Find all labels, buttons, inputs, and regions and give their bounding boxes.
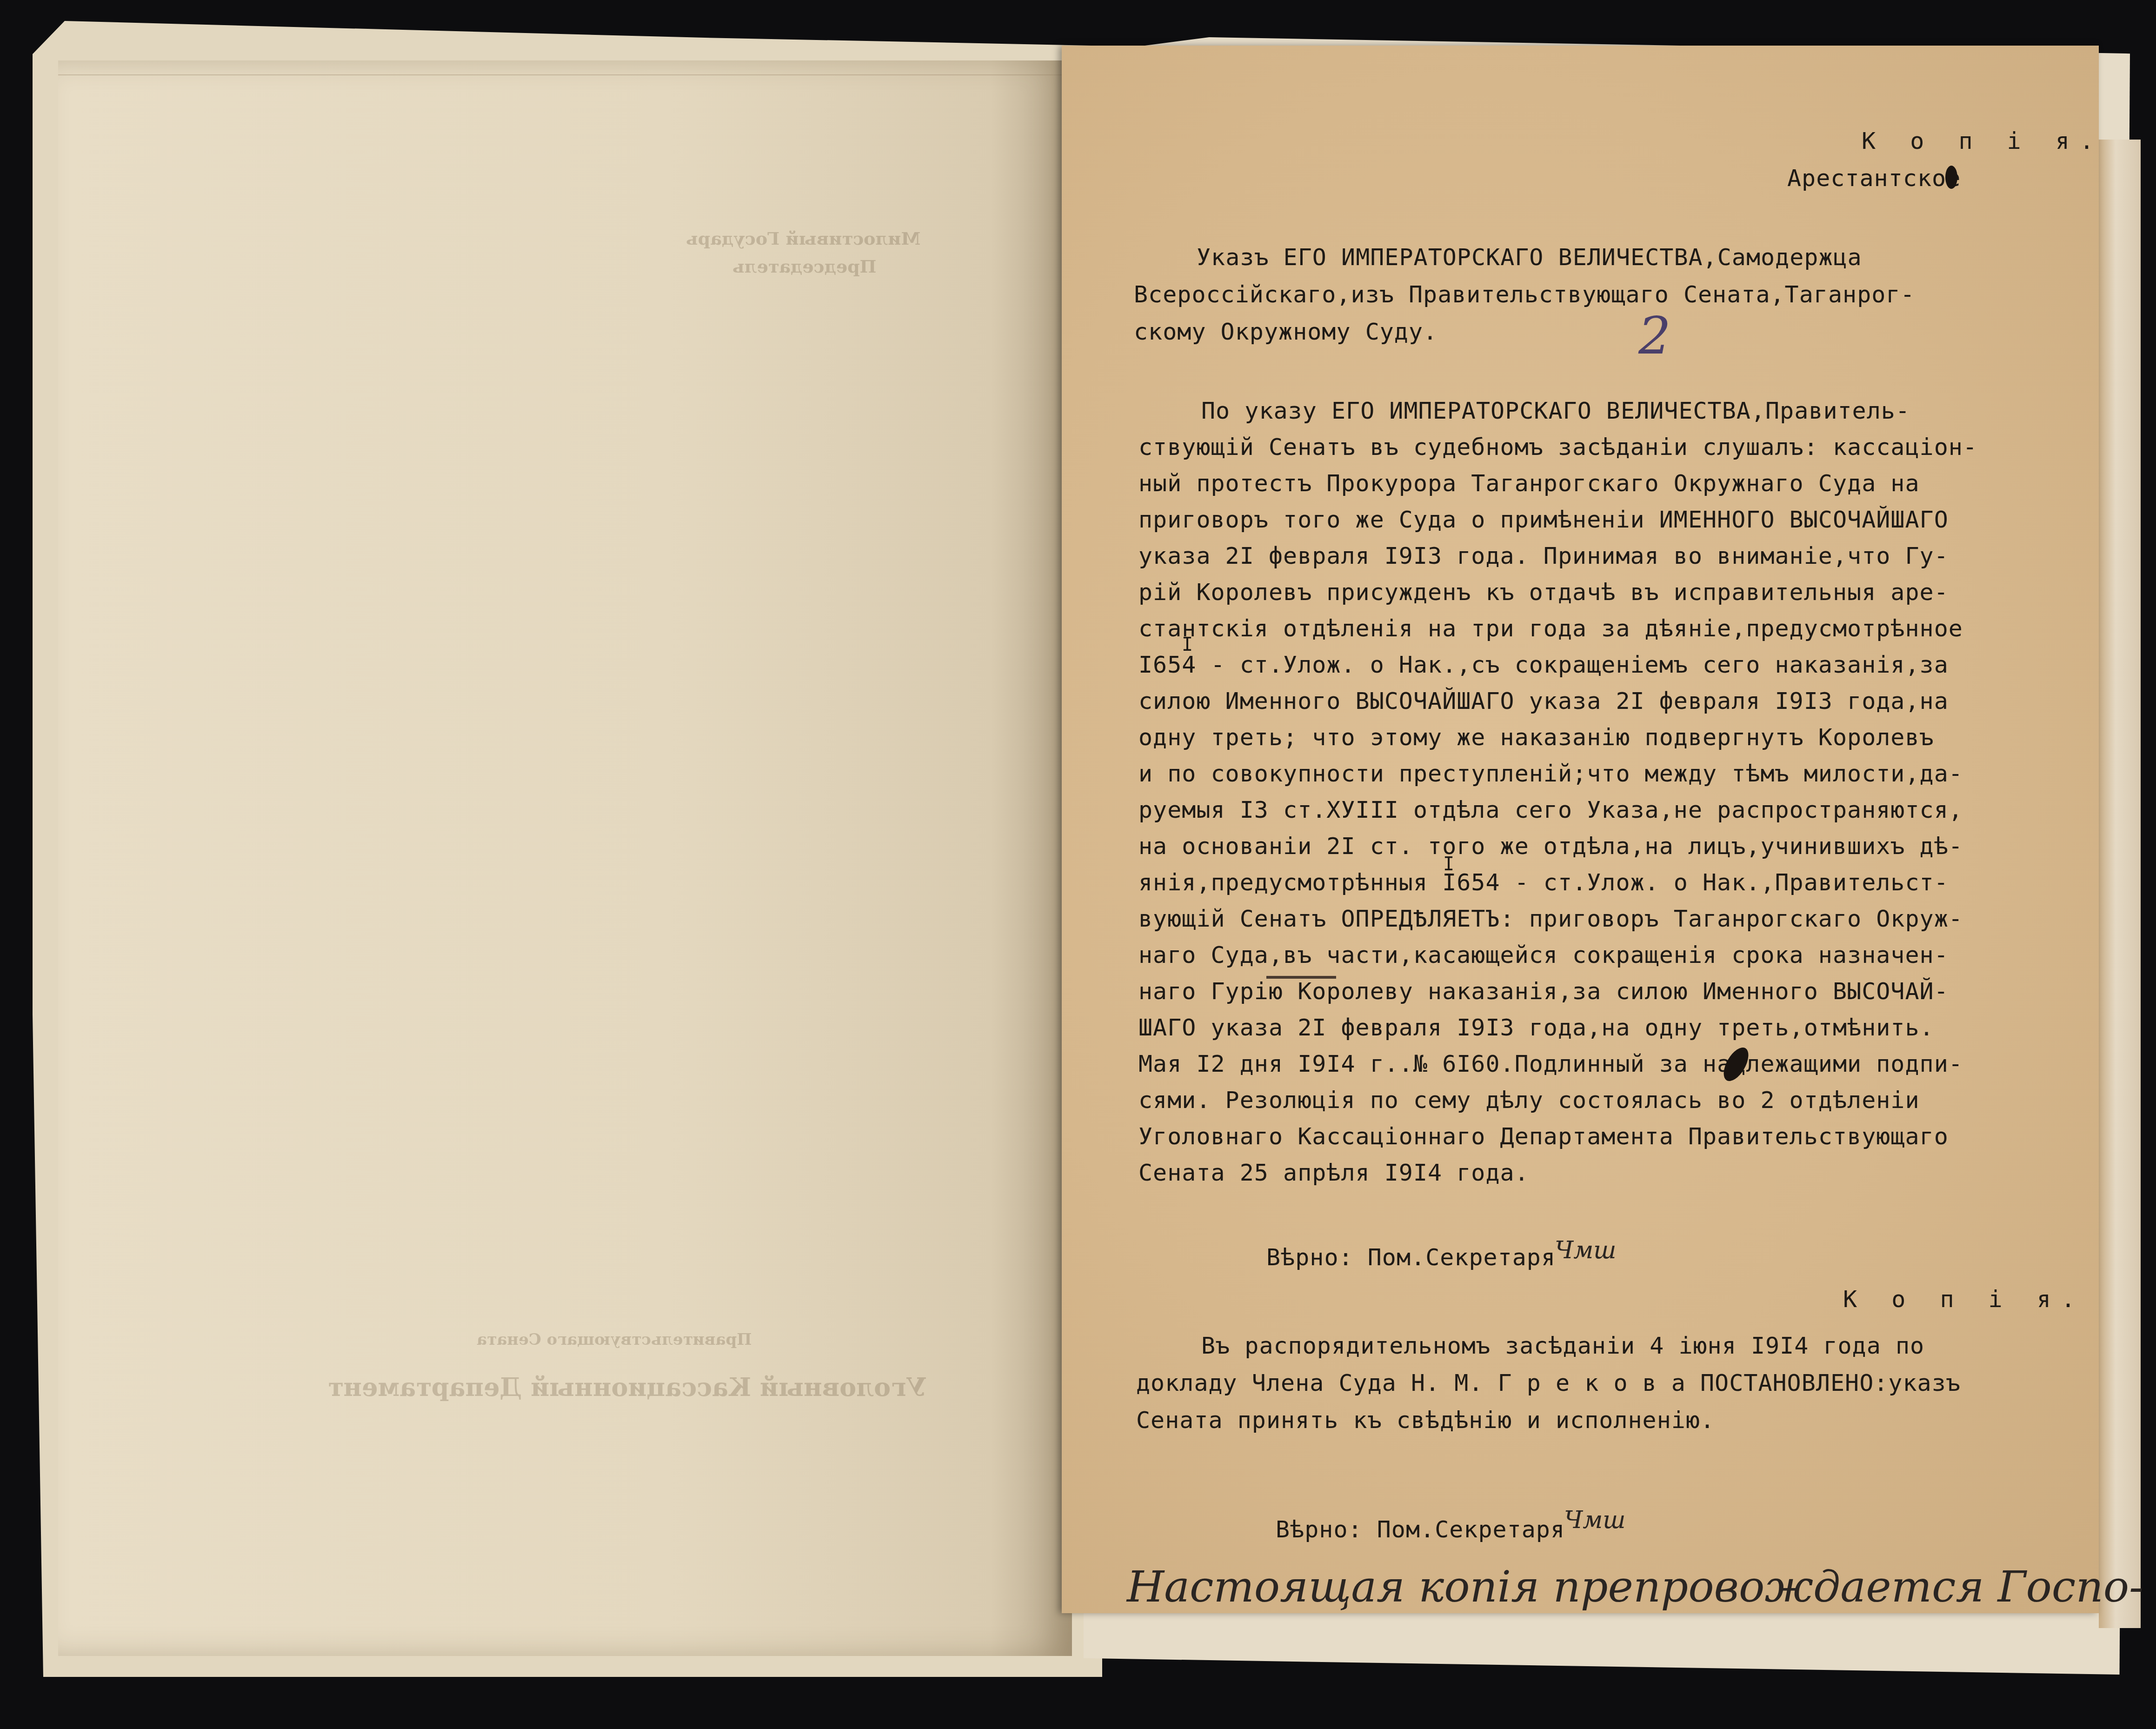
body-line: По указу ЕГО ИМПЕРАТОРСКАГО ВЕЛИЧЕСТВА,П… bbox=[1201, 399, 1910, 422]
body-line: Мая I2 дня I9I4 г..№ 6I60.Подлинный за н… bbox=[1138, 1052, 1963, 1075]
body-line: указа 2I февраля I9I3 года. Принимая во … bbox=[1138, 544, 1949, 567]
bleed-through-text: Милостивый Государь bbox=[686, 228, 921, 249]
attestation-2: Вѣрно: Пом.Секретаря bbox=[1276, 1518, 1565, 1541]
body-line: приговоръ того же Суда о примѣненіи ИМЕН… bbox=[1138, 508, 1949, 531]
body-line: ШАГО указа 2I февраля I9I3 года,на одну … bbox=[1138, 1016, 1934, 1039]
signature-2: Чмш bbox=[1564, 1506, 1626, 1534]
copy-label: К о п і я. bbox=[1862, 129, 2104, 153]
body-line: наго Гурію Королеву наказанія,за силою И… bbox=[1138, 980, 1949, 1003]
copy-label-2: К о п і я. bbox=[1843, 1288, 2085, 1311]
bleed-through-text: Правительствующаго Сената bbox=[477, 1330, 752, 1349]
body-line: и по совокупности преступленій;что между… bbox=[1138, 762, 1963, 785]
handwritten-note: Настоящая копія препровождается Госпо- bbox=[1127, 1562, 2143, 1612]
resolution-line: Въ распорядительномъ засѣданіи 4 іюня I9… bbox=[1201, 1334, 1924, 1357]
title-line: Указъ ЕГО ИМПЕРАТОРСКАГО ВЕЛИЧЕСТВА,Само… bbox=[1197, 246, 1862, 269]
left-page: Милостивый Государь Председатель Уголовн… bbox=[58, 60, 1072, 1656]
body-line: на основаніи 2I ст. того же отдѣла,на ли… bbox=[1138, 834, 1963, 858]
title-line: Всероссійскаго,изъ Правительствующаго Се… bbox=[1134, 283, 1915, 306]
signature-1: Чмш bbox=[1555, 1236, 1617, 1264]
body-line: Уголовнаго Кассаціоннаго Департамента Пр… bbox=[1138, 1125, 1949, 1148]
folio-number: 2 bbox=[1638, 306, 1671, 366]
body-line: I654 - ст.Улож. о Нак.,съ сокращеніемъ с… bbox=[1138, 653, 1949, 676]
ink-blot bbox=[1945, 166, 1957, 189]
body-line: ствующій Сенатъ въ судебномъ засѣданіи с… bbox=[1138, 435, 1977, 459]
body-line: наго Суда,въ части,касающейся сокращенія… bbox=[1138, 943, 1949, 967]
body-line: силою Именного ВЫСОЧАЙШАГО указа 2I февр… bbox=[1138, 689, 1949, 713]
bleed-through-text: Председатель bbox=[732, 256, 877, 277]
underline-mark bbox=[1266, 976, 1336, 979]
page-edge bbox=[58, 60, 1072, 75]
body-line: руемыя I3 ст.ХУIII отдѣла сего Указа,не … bbox=[1138, 798, 1963, 821]
body-line: янія,предусмотрѣнныя I654 - ст.Улож. о Н… bbox=[1138, 871, 1949, 894]
resolution-line: докладу Члена Суда Н. М. Г р е к о в а П… bbox=[1136, 1371, 1961, 1395]
attestation-1: Вѣрно: Пом.Секретаря bbox=[1266, 1246, 1556, 1269]
body-line: Сената 25 апрѣля I9I4 года. bbox=[1138, 1161, 1529, 1184]
body-line: одну треть; что этому же наказанію подве… bbox=[1138, 726, 1934, 749]
resolution-line: Сената принять къ свѣдѣнію и исполненію. bbox=[1136, 1409, 1715, 1432]
body-line: стантскія отдѣленія на три года за дѣяні… bbox=[1138, 617, 1963, 640]
header-arrestant: Арестантское bbox=[1787, 167, 1961, 190]
body-line: ный протестъ Прокурора Таганрогскаго Окр… bbox=[1138, 472, 1920, 495]
right-page: К о п і я. Арестантское Указъ ЕГО ИМПЕРА… bbox=[1062, 46, 2099, 1613]
body-line: рій Королевъ присужденъ къ отдачѣ въ исп… bbox=[1138, 581, 1949, 604]
body-line: сями. Резолюція по сему дѣлу состоялась … bbox=[1138, 1088, 1920, 1112]
page-stack-edge bbox=[2099, 140, 2141, 1628]
body-line: вующій Сенатъ ОПРЕДѢЛЯЕТЪ: приговоръ Таг… bbox=[1138, 907, 1963, 930]
title-line: скому Окружному Суду. bbox=[1134, 320, 1437, 343]
bleed-through-text: Уголовный Кассационный Департамент bbox=[328, 1372, 926, 1402]
